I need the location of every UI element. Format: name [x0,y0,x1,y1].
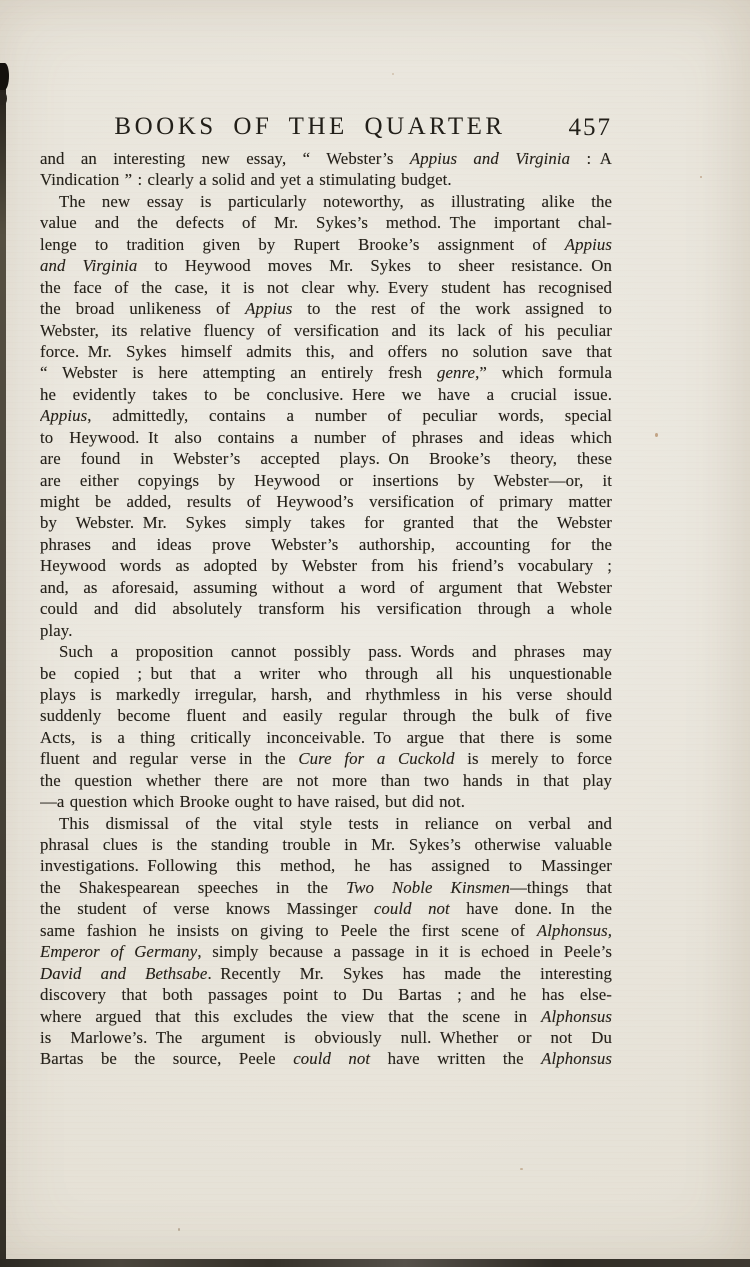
text-line: lenge to tradition given by Rupert Brook… [40,234,612,255]
text-run: ,” which formula [475,363,612,382]
text-run: value and the defects of Mr. Sykes’s met… [40,213,612,232]
text-run: he evidently takes to be conclusive. Her… [40,385,612,404]
text-line: play. [40,620,612,641]
text-line: same fashion he insists on giving to Pee… [40,920,612,941]
page-title: BOOKS OF THE QUARTER [24,112,596,142]
text-line: Acts, is a thing critically inconceivabl… [40,727,612,748]
text-line: Bartas be the source, Peele could not ha… [40,1048,612,1069]
text-run: —things that [510,878,612,897]
text-line: suddenly become fluent and easily regula… [40,705,612,726]
text-run: and an interesting new essay, “ Webster’… [40,149,410,168]
text-run: —a question which Brooke ought to have r… [40,792,465,811]
text-run: , simply because a passage in it is echo… [197,942,612,961]
text-line: and, as aforesaid, assuming without a wo… [40,577,612,598]
text-run: the Shakespearean speeches in the [40,878,346,897]
text-line: might be added, results of Heywood’s ver… [40,491,612,512]
text-run: the student of verse knows Massinger [40,899,374,918]
text-run: force. Mr. Sykes himself admits this, an… [40,342,612,361]
paper-speck [178,1228,180,1231]
paragraph: The new essay is particularly noteworthy… [40,191,612,641]
text-line: are either copyings by Heywood or insert… [40,470,612,491]
italic-text-run: Emperor of Germany [40,942,197,961]
text-line: the student of verse knows Massinger cou… [40,898,612,919]
text-line: the question whether there are not more … [40,770,612,791]
text-run: Webster, its relative fluency of versifi… [40,321,612,340]
book-page-scan: BOOKS OF THE QUARTER 457 and an interest… [0,0,750,1267]
text-run: fluent and regular verse in the [40,749,298,768]
text-line: “ Webster is here attempting an entirely… [40,362,612,383]
text-run: to Heywood. It also contains a number of… [40,428,612,447]
text-run: is merely to force [455,749,612,768]
text-line: could and did absolutely transform his v… [40,598,612,619]
text-line: the Shakespearean speeches in the Two No… [40,877,612,898]
text-run: the face of the case, it is not clear wh… [40,278,612,297]
text-line: Appius, admittedly, contains a number of… [40,405,612,426]
italic-text-run: Appius and Virginia [410,149,570,168]
text-line: the broad unlikeness of Appius to the re… [40,298,612,319]
italic-text-run: Appius [40,406,87,425]
text-run: Acts, is a thing critically inconceivabl… [40,728,612,747]
italic-text-run: Alphonsus, [537,921,612,940]
page-body: and an interesting new essay, “ Webster’… [40,148,612,1070]
scan-edge-left [0,68,6,1267]
italic-text-run: genre [437,363,475,382]
text-run: : A [570,149,612,168]
page-content: BOOKS OF THE QUARTER 457 and an interest… [40,112,612,1070]
text-line: plays is markedly irregular, harsh, and … [40,684,612,705]
text-run: Heywood words as adopted by Webster from… [40,556,612,575]
text-line: fluent and regular verse in the Cure for… [40,748,612,769]
text-line: are found in Webster’s accepted plays. O… [40,448,612,469]
text-run: be copied ; but that a writer who throug… [40,664,612,683]
paper-speck [655,433,658,437]
text-line: and an interesting new essay, “ Webster’… [40,148,612,169]
text-line: force. Mr. Sykes himself admits this, an… [40,341,612,362]
text-run: The new essay is particularly noteworthy… [59,192,612,211]
text-run: are either copyings by Heywood or insert… [40,471,612,490]
text-run: play. [40,621,73,640]
paper-speck [700,176,702,178]
text-run: This dismissal of the vital style tests … [59,814,612,833]
text-line: Such a proposition cannot possibly pass.… [40,641,612,662]
text-run: and, as aforesaid, assuming without a wo… [40,578,612,597]
paragraph: Such a proposition cannot possibly pass.… [40,641,612,813]
scan-edge-bottom [0,1259,750,1267]
text-line: David and Bethsabe. Recently Mr. Sykes h… [40,963,612,984]
text-line: and Virginia to Heywood moves Mr. Sykes … [40,255,612,276]
text-run: is Marlowe’s. The argument is obviously … [40,1028,612,1047]
italic-text-run: could not [374,899,450,918]
text-line: where argued that this excludes the view… [40,1006,612,1027]
text-run: . Recently Mr. Sykes has made the intere… [207,964,612,983]
text-line: investigations. Following this method, h… [40,855,612,876]
text-run: the broad unlikeness of [40,299,245,318]
text-line: Heywood words as adopted by Webster from… [40,555,612,576]
text-line: Emperor of Germany, simply because a pas… [40,941,612,962]
italic-text-run: could not [293,1049,370,1068]
text-run: Bartas be the source, Peele [40,1049,293,1068]
text-line: he evidently takes to be conclusive. Her… [40,384,612,405]
scan-mark [0,92,7,105]
italic-text-run: Appius [565,235,612,254]
text-run: suddenly become fluent and easily regula… [40,706,612,725]
italic-text-run: Cure for a Cuckold [298,749,454,768]
text-line: phrases and ideas prove Webster’s author… [40,534,612,555]
text-line: Webster, its relative fluency of versifi… [40,320,612,341]
text-run: phrases and ideas prove Webster’s author… [40,535,612,554]
text-line: —a question which Brooke ought to have r… [40,791,612,812]
italic-text-run: David and Bethsabe [40,964,207,983]
text-run: are found in Webster’s accepted plays. O… [40,449,612,468]
italic-text-run: Alphonsus [541,1007,612,1026]
text-line: the face of the case, it is not clear wh… [40,277,612,298]
scan-mark [0,63,9,90]
text-run: where argued that this excludes the view… [40,1007,541,1026]
italic-text-run: Appius [245,299,292,318]
text-run: by Webster. Mr. Sykes simply takes for g… [40,513,612,532]
text-run: investigations. Following this method, h… [40,856,612,875]
text-run: same fashion he insists on giving to Pee… [40,921,537,940]
italic-text-run: Two Noble Kinsmen [346,878,510,897]
text-run: phrasal clues is the standing trouble in… [40,835,612,854]
italic-text-run: and Virginia [40,256,137,275]
text-line: by Webster. Mr. Sykes simply takes for g… [40,512,612,533]
text-line: discovery that both passages point to Du… [40,984,612,1005]
text-line: This dismissal of the vital style tests … [40,813,612,834]
paragraph: This dismissal of the vital style tests … [40,813,612,1070]
text-run: have written the [370,1049,541,1068]
text-run: have done. In the [450,899,612,918]
text-run: plays is markedly irregular, harsh, and … [40,685,612,704]
text-run: Vindication ” : clearly a solid and yet … [40,170,452,189]
text-run: Such a proposition cannot possibly pass.… [59,642,612,661]
text-line: Vindication ” : clearly a solid and yet … [40,169,612,190]
text-run: “ Webster is here attempting an entirely… [40,363,437,382]
italic-text-run: Alphonsus [541,1049,612,1068]
text-run: lenge to tradition given by Rupert Brook… [40,235,565,254]
text-line: value and the defects of Mr. Sykes’s met… [40,212,612,233]
text-run: , admittedly, contains a number of pecul… [87,406,612,425]
paper-speck [520,1168,523,1170]
text-run: the question whether there are not more … [40,771,612,790]
page-header: BOOKS OF THE QUARTER 457 [40,112,612,148]
text-line: be copied ; but that a writer who throug… [40,663,612,684]
text-line: The new essay is particularly noteworthy… [40,191,612,212]
paragraph: and an interesting new essay, “ Webster’… [40,148,612,191]
text-run: discovery that both passages point to Du… [40,985,612,1004]
text-run: could and did absolutely transform his v… [40,599,612,618]
paper-speck [392,73,394,75]
text-line: phrasal clues is the standing trouble in… [40,834,612,855]
text-run: to the rest of the work assigned to [292,299,612,318]
text-line: is Marlowe’s. The argument is obviously … [40,1027,612,1048]
text-run: might be added, results of Heywood’s ver… [40,492,612,511]
page-number: 457 [569,113,613,143]
text-run: to Heywood moves Mr. Sykes to sheer resi… [137,256,612,275]
text-line: to Heywood. It also contains a number of… [40,427,612,448]
